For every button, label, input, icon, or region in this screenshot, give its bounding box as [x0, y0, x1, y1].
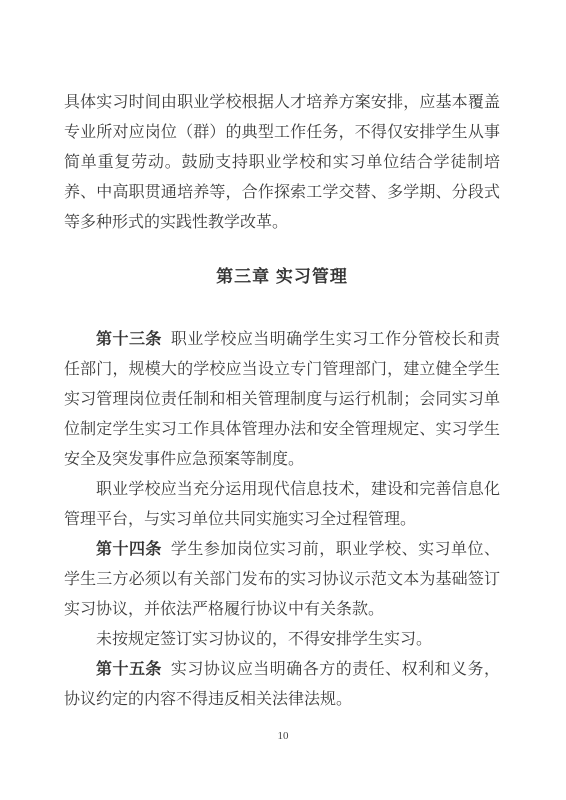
- chapter-heading: 第三章 实习管理: [64, 262, 500, 292]
- article-15-paragraph: 第十五条实习协议应当明确各方的责任、权利和义务，协议约定的内容不得违反相关法律法…: [64, 655, 500, 715]
- article-13-paragraph: 第十三条职业学校应当明确学生实习工作分管校长和责任部门，规模大的学校应当设立专门…: [64, 325, 500, 475]
- paragraph-no-agreement: 未按规定签订实习协议的，不得安排学生实习。: [64, 625, 500, 655]
- page-content: 具体实习时间由职业学校根据人才培养方案安排，应基本覆盖专业所对应岗位（群）的典型…: [64, 88, 500, 715]
- page-number: 10: [0, 730, 566, 742]
- paragraph-continuation: 具体实习时间由职业学校根据人才培养方案安排，应基本覆盖专业所对应岗位（群）的典型…: [64, 88, 500, 238]
- paragraph-info-platform: 职业学校应当充分运用现代信息技术，建设和完善信息化管理平台，与实习单位共同实施实…: [64, 475, 500, 535]
- article-13-number: 第十三条: [96, 331, 162, 348]
- document-page: 具体实习时间由职业学校根据人才培养方案安排，应基本覆盖专业所对应岗位（群）的典型…: [0, 0, 566, 800]
- article-13-text: 职业学校应当明确学生实习工作分管校长和责任部门，规模大的学校应当设立专门管理部门…: [64, 331, 500, 468]
- article-14-paragraph: 第十四条学生参加岗位实习前，职业学校、实习单位、学生三方必须以有关部门发布的实习…: [64, 535, 500, 625]
- article-15-number: 第十五条: [96, 661, 162, 678]
- article-14-number: 第十四条: [96, 541, 162, 558]
